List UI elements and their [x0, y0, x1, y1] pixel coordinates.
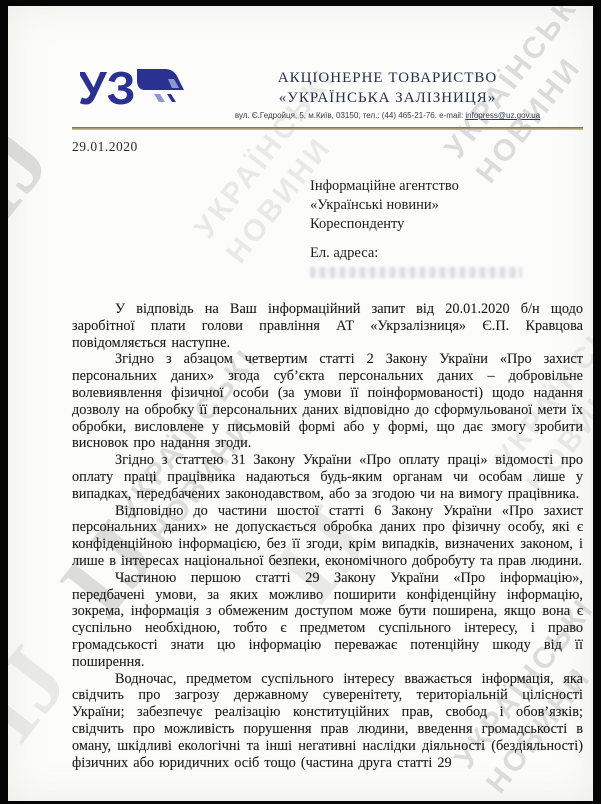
- letterhead: УЗ АКЦІОНЕРНЕ ТОВАРИСТВО «УКРАЇНСЬКА ЗАЛ…: [72, 64, 583, 120]
- letter-page: ІЈ УКРАЇНСЬКІНОВИНИ ІЈ УКРАЇНСЬКІНОВИНИ …: [8, 6, 593, 801]
- org-address-text: вул. Є.Гедройця, 5, м.Київ, 03150, тел.:…: [235, 111, 466, 120]
- recipient-line: «Українські новини»: [310, 196, 583, 215]
- org-name-line2: «УКРАЇНСЬКА ЗАЛІЗНИЦЯ»: [192, 88, 583, 108]
- body-paragraph: Згідно з абзацом четвертим статті 2 Зако…: [72, 351, 583, 452]
- body-paragraph: Згідно з статтею 31 Закону України «Про …: [72, 452, 583, 502]
- train-streak-light: [154, 94, 165, 102]
- body-paragraph: У відповідь на Ваш інформаційний запит в…: [72, 301, 583, 351]
- org-name-line1: АКЦІОНЕРНЕ ТОВАРИСТВО: [192, 68, 583, 88]
- body-paragraph: Відповідно до частини шостої статті 6 За…: [72, 503, 583, 570]
- train-streak-dark: [167, 94, 176, 102]
- body-paragraph: Водночас, предметом суспільного інтересу…: [72, 671, 583, 772]
- recipient-line: Інформаційне агентство: [310, 177, 583, 196]
- recipient-email-label: Ел. адреса:: [310, 244, 583, 263]
- scanned-letter-screenshot: ІЈ УКРАЇНСЬКІНОВИНИ ІЈ УКРАЇНСЬКІНОВИНИ …: [0, 0, 601, 804]
- letter-date: 29.01.2020: [72, 139, 583, 155]
- ukrzaliznytsia-logo: УЗ: [80, 64, 192, 119]
- redacted-email: [310, 267, 522, 278]
- recipient-block: Інформаційне агентство «Українські новин…: [72, 177, 583, 278]
- uz-logo-letters: УЗ: [80, 64, 135, 114]
- body-paragraph: Частиною першою статті 29 Закону України…: [72, 570, 583, 671]
- letterhead-divider: [72, 127, 583, 130]
- uz-logo-icon: УЗ: [80, 64, 190, 114]
- recipient-line: Кореспонденту: [310, 215, 583, 234]
- org-email-link: infopress@uz.gov.ua: [465, 111, 540, 120]
- letter-body: У відповідь на Ваш інформаційний запит в…: [72, 301, 583, 771]
- org-address: вул. Є.Гедройця, 5, м.Київ, 03150, тел.:…: [192, 111, 583, 120]
